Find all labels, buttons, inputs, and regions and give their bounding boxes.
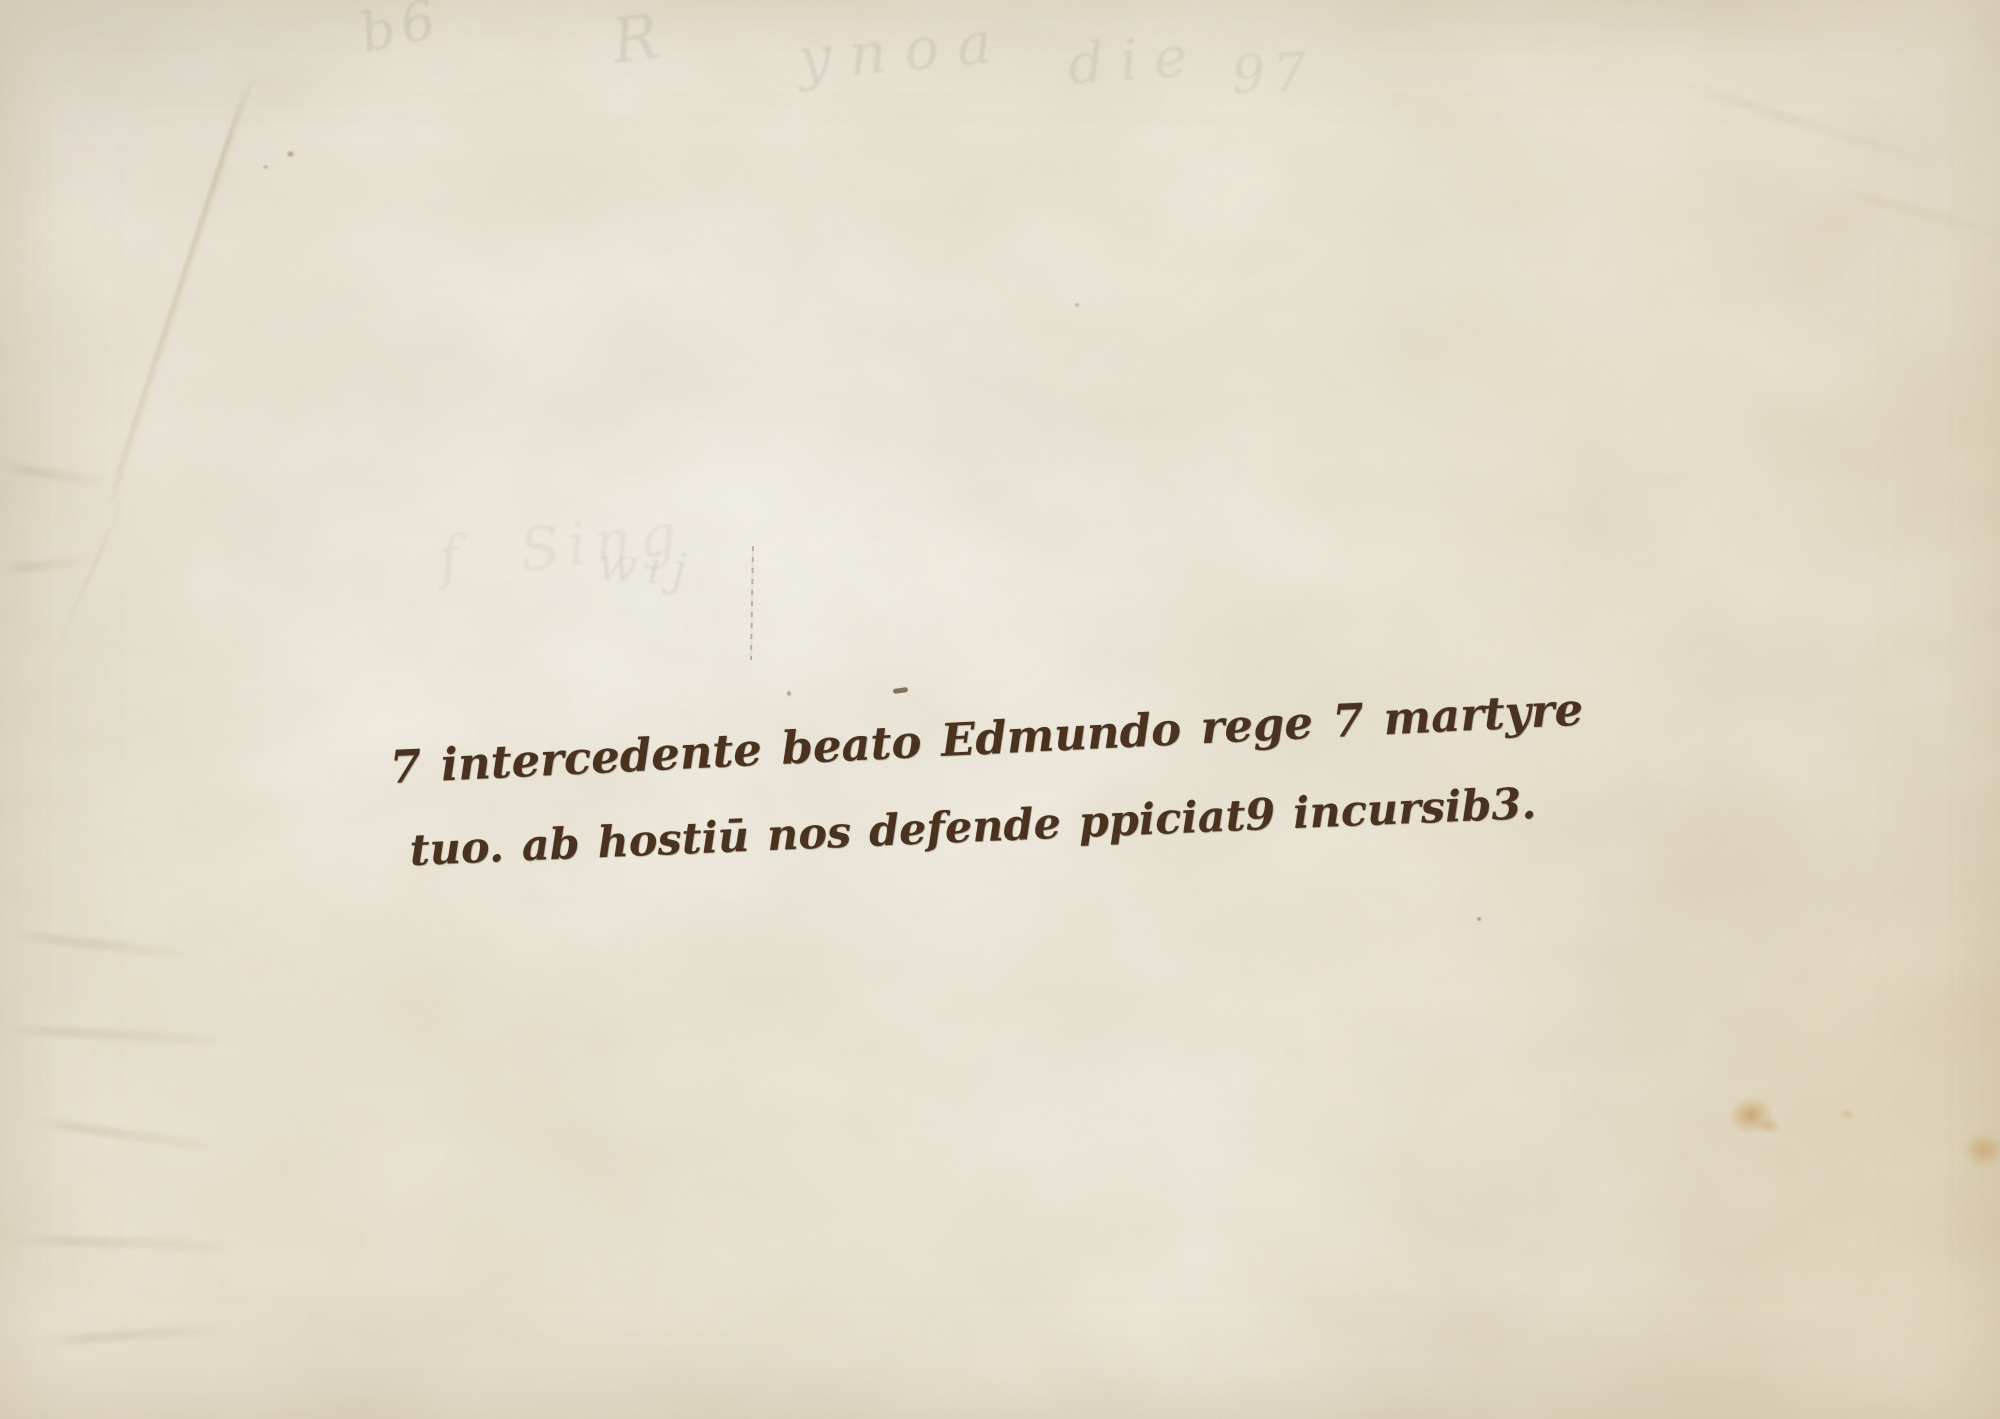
speck xyxy=(1476,916,1482,922)
faint-inscription: f Sing xyxy=(435,499,687,592)
ink-offset-mark xyxy=(750,546,754,660)
ink-dash-mark xyxy=(893,687,909,694)
faint-inscription: ynoa xyxy=(795,7,1012,93)
diagonal-crease-lower xyxy=(44,486,130,674)
stain xyxy=(1758,1118,1780,1134)
faint-inscription: die xyxy=(1066,23,1205,97)
stain xyxy=(1724,1091,1778,1139)
manuscript-page: b6 R ynoa die 97 f Sing wij 7 interceden… xyxy=(0,0,2000,1419)
faint-inscription: wij xyxy=(596,537,698,598)
speck xyxy=(286,150,295,158)
show-through-mark xyxy=(1842,187,2000,243)
show-through-mark xyxy=(10,930,200,960)
show-through-mark xyxy=(8,1234,238,1252)
diagonal-crease xyxy=(106,81,249,502)
show-through-mark xyxy=(40,1323,230,1346)
show-through-mark xyxy=(0,1024,240,1047)
show-through-mark xyxy=(1685,80,1935,170)
faint-inscription: R xyxy=(607,0,663,78)
faint-inscription: b6 xyxy=(354,0,446,65)
faint-inscription: 97 xyxy=(1230,42,1315,106)
speck xyxy=(786,690,792,697)
speck xyxy=(262,164,269,170)
show-through-mark xyxy=(30,1116,229,1154)
stain xyxy=(1962,1132,2000,1168)
speck xyxy=(1074,302,1080,308)
show-through-mark xyxy=(0,555,90,574)
prayer-text: 7 intercedente beato Edmundo rege 7 mart… xyxy=(388,668,1589,894)
stain xyxy=(1838,1108,1856,1121)
show-through-mark xyxy=(0,461,110,490)
